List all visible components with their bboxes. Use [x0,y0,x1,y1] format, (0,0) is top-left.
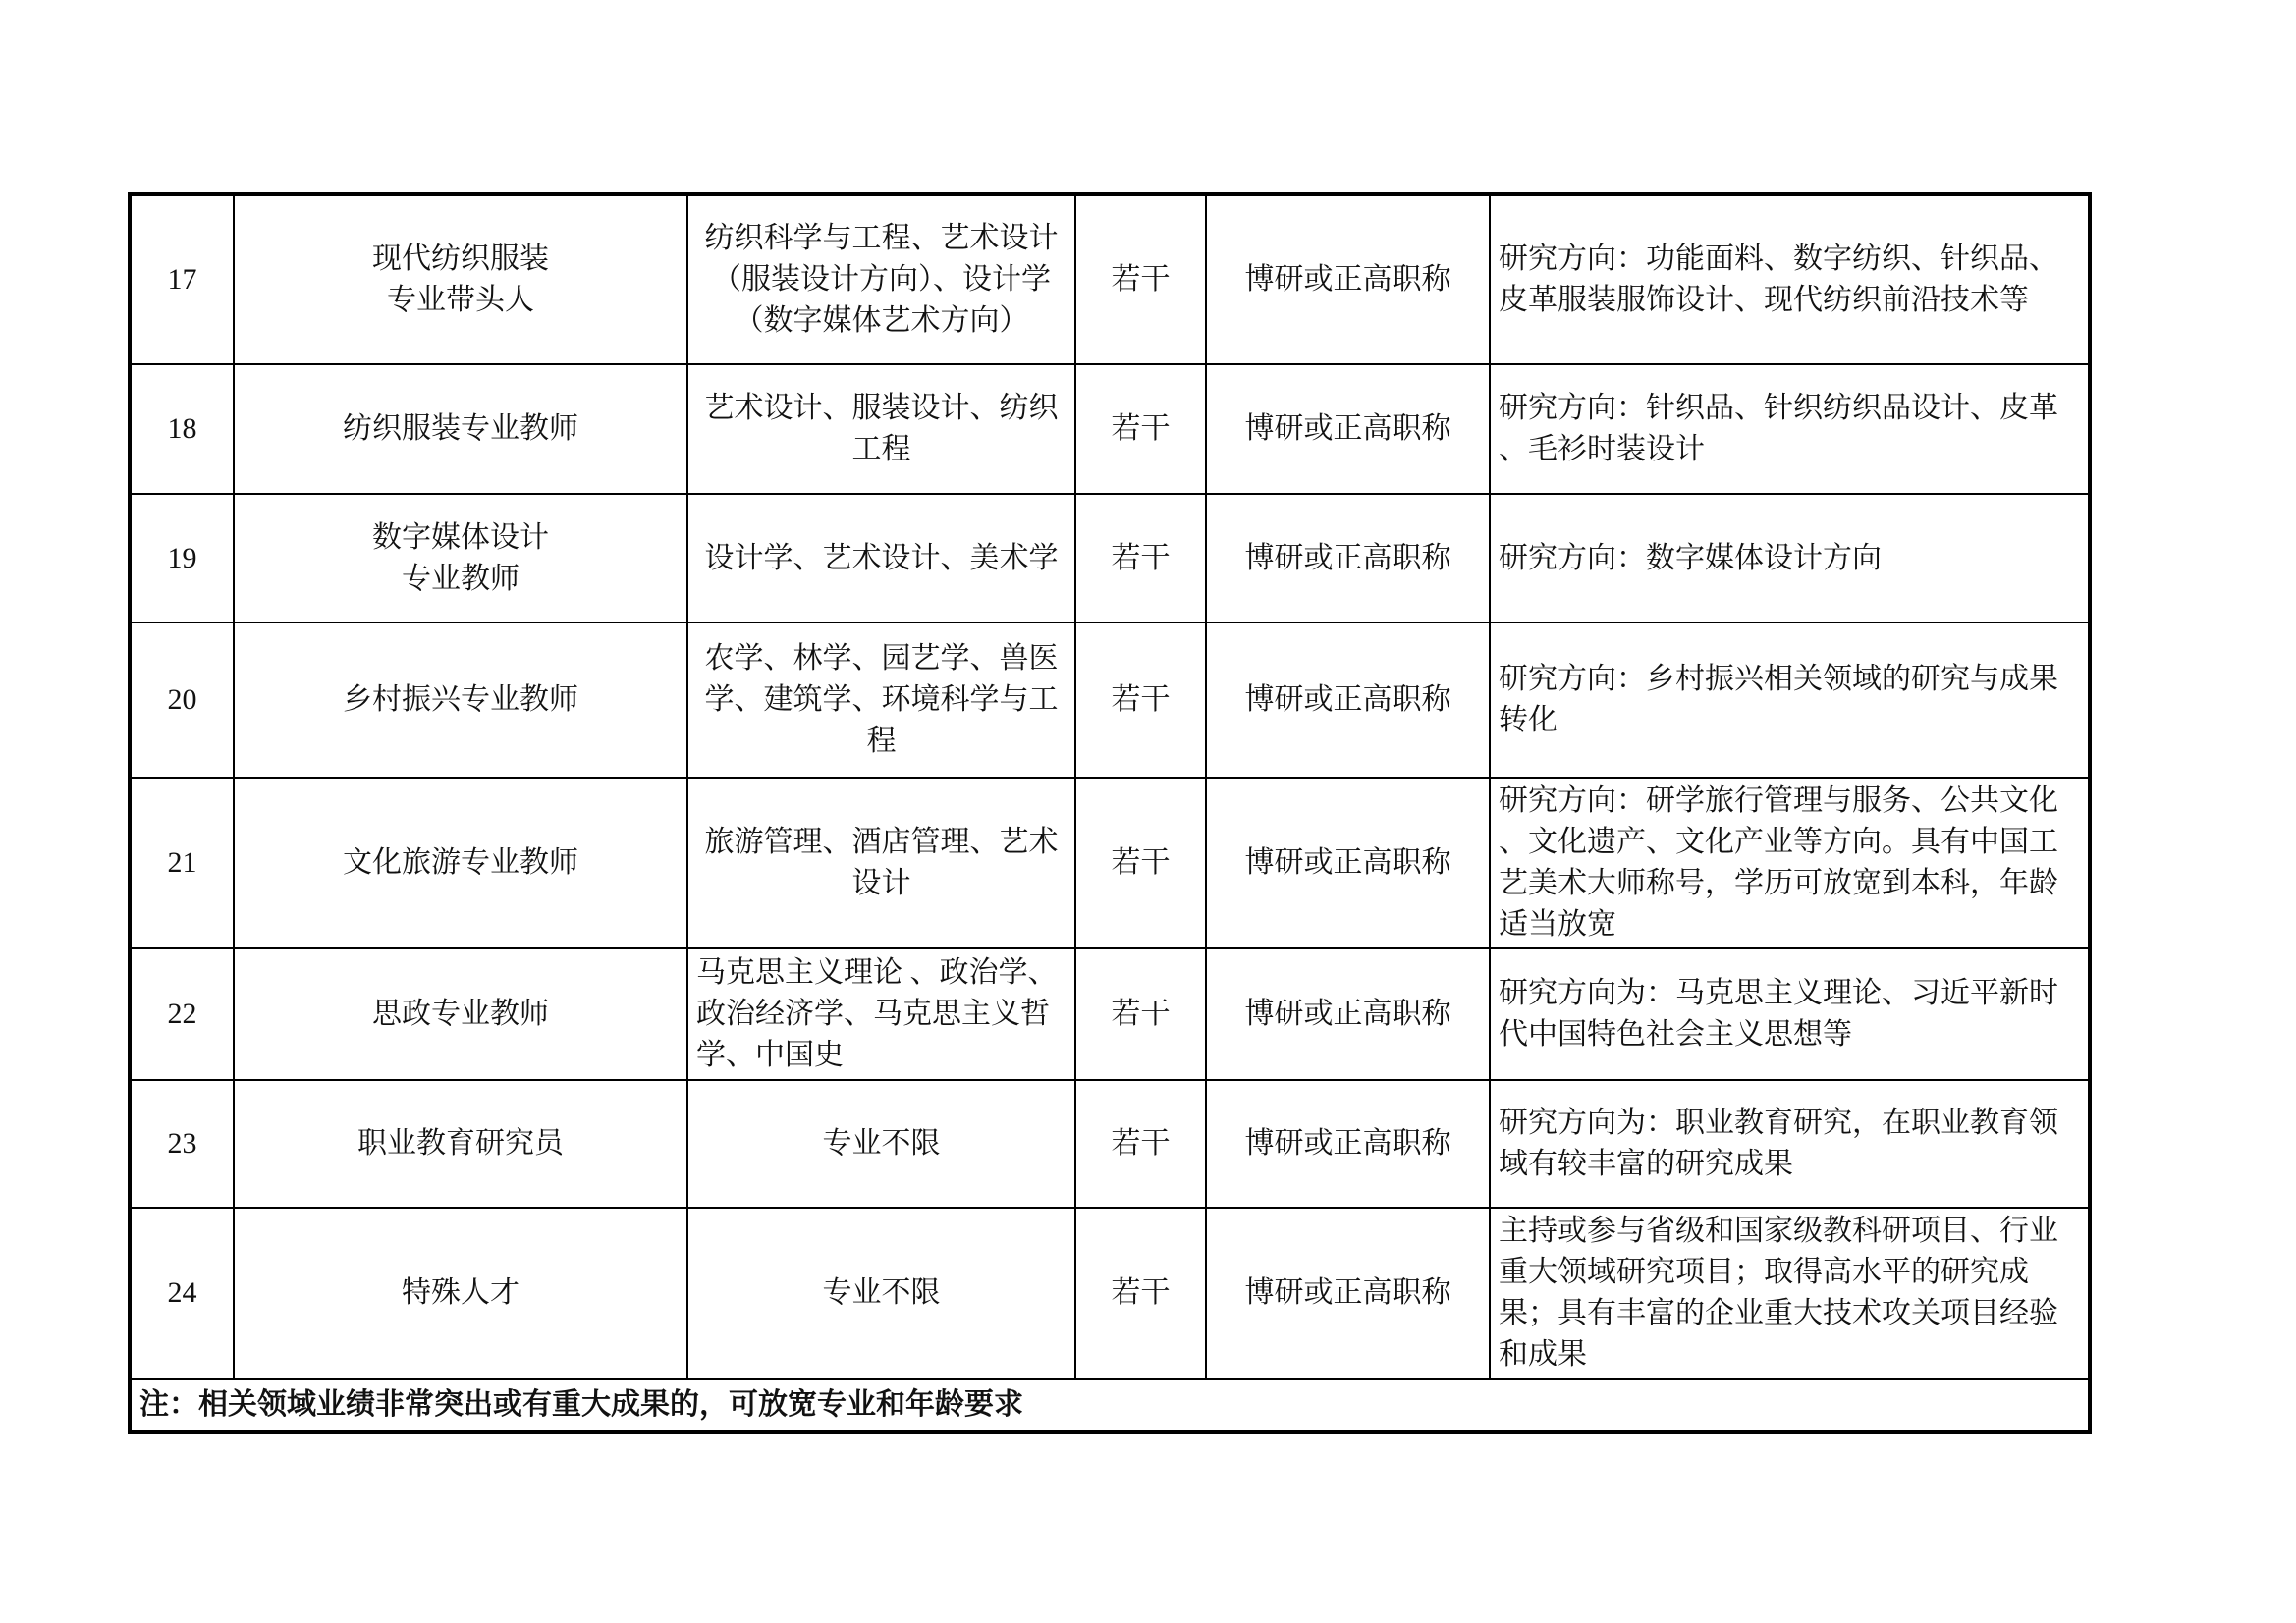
count-cell: 若干 [1075,364,1206,494]
qualification-cell: 博研或正高职称 [1206,194,1490,364]
qualification-cell: 博研或正高职称 [1206,364,1490,494]
position-cell: 纺织服装专业教师 [234,364,687,494]
qualification-cell: 博研或正高职称 [1206,1080,1490,1208]
count-cell: 若干 [1075,1080,1206,1208]
major-cell: 纺织科学与工程、艺术设计 （服装设计方向）、设计学 （数字媒体艺术方向） [687,194,1075,364]
remark-cell: 研究方向：针织品、针织纺织品设计、皮革 、毛衫时装设计 [1490,364,2090,494]
count-cell: 若干 [1075,948,1206,1080]
remark-cell: 研究方向：功能面料、数字纺织、针织品、 皮革服装服饰设计、现代纺织前沿技术等 [1490,194,2090,364]
note-row: 注：相关领域业绩非常突出或有重大成果的，可放宽专业和年龄要求 [130,1379,2090,1432]
qualification-cell: 博研或正高职称 [1206,494,1490,622]
count-cell: 若干 [1075,778,1206,948]
remark-cell: 研究方向：研学旅行管理与服务、公共文化 、文化遗产、文化产业等方向。具有中国工 … [1490,778,2090,948]
count-cell: 若干 [1075,622,1206,778]
major-cell: 艺术设计、服装设计、纺织 工程 [687,364,1075,494]
major-cell: 设计学、艺术设计、美术学 [687,494,1075,622]
major-cell: 旅游管理、酒店管理、艺术 设计 [687,778,1075,948]
document-page: 17 现代纺织服装 专业带头人 纺织科学与工程、艺术设计 （服装设计方向）、设计… [128,192,2092,1434]
row-number-cell: 24 [130,1208,234,1379]
row-number-cell: 21 [130,778,234,948]
table-row: 19 数字媒体设计 专业教师 设计学、艺术设计、美术学 若干 博研或正高职称 研… [130,494,2090,622]
major-cell: 马克思主义理论 、政治学、 政治经济学、马克思主义哲 学、中国史 [687,948,1075,1080]
major-cell: 专业不限 [687,1080,1075,1208]
count-cell: 若干 [1075,1208,1206,1379]
position-cell: 现代纺织服装 专业带头人 [234,194,687,364]
remark-cell: 研究方向：数字媒体设计方向 [1490,494,2090,622]
row-number-cell: 18 [130,364,234,494]
recruitment-table: 17 现代纺织服装 专业带头人 纺织科学与工程、艺术设计 （服装设计方向）、设计… [128,192,2092,1434]
row-number-cell: 23 [130,1080,234,1208]
qualification-cell: 博研或正高职称 [1206,1208,1490,1379]
count-cell: 若干 [1075,494,1206,622]
table-row: 17 现代纺织服装 专业带头人 纺织科学与工程、艺术设计 （服装设计方向）、设计… [130,194,2090,364]
table-row: 18 纺织服装专业教师 艺术设计、服装设计、纺织 工程 若干 博研或正高职称 研… [130,364,2090,494]
row-number-cell: 20 [130,622,234,778]
position-cell: 文化旅游专业教师 [234,778,687,948]
table-row: 22 思政专业教师 马克思主义理论 、政治学、 政治经济学、马克思主义哲 学、中… [130,948,2090,1080]
table-row: 21 文化旅游专业教师 旅游管理、酒店管理、艺术 设计 若干 博研或正高职称 研… [130,778,2090,948]
row-number-cell: 17 [130,194,234,364]
remark-cell: 主持或参与省级和国家级教科研项目、行业 重大领域研究项目；取得高水平的研究成 果… [1490,1208,2090,1379]
position-cell: 职业教育研究员 [234,1080,687,1208]
qualification-cell: 博研或正高职称 [1206,948,1490,1080]
qualification-cell: 博研或正高职称 [1206,778,1490,948]
remark-cell: 研究方向为：职业教育研究，在职业教育领 域有较丰富的研究成果 [1490,1080,2090,1208]
position-cell: 数字媒体设计 专业教师 [234,494,687,622]
position-cell: 特殊人才 [234,1208,687,1379]
table-row: 23 职业教育研究员 专业不限 若干 博研或正高职称 研究方向为：职业教育研究，… [130,1080,2090,1208]
row-number-cell: 22 [130,948,234,1080]
remark-cell: 研究方向为：马克思主义理论、习近平新时 代中国特色社会主义思想等 [1490,948,2090,1080]
remark-cell: 研究方向：乡村振兴相关领域的研究与成果 转化 [1490,622,2090,778]
position-cell: 乡村振兴专业教师 [234,622,687,778]
table-note: 注：相关领域业绩非常突出或有重大成果的，可放宽专业和年龄要求 [130,1379,2090,1432]
major-cell: 专业不限 [687,1208,1075,1379]
position-cell: 思政专业教师 [234,948,687,1080]
table-row: 20 乡村振兴专业教师 农学、林学、园艺学、兽医 学、建筑学、环境科学与工 程 … [130,622,2090,778]
row-number-cell: 19 [130,494,234,622]
table-row: 24 特殊人才 专业不限 若干 博研或正高职称 主持或参与省级和国家级教科研项目… [130,1208,2090,1379]
major-cell: 农学、林学、园艺学、兽医 学、建筑学、环境科学与工 程 [687,622,1075,778]
qualification-cell: 博研或正高职称 [1206,622,1490,778]
count-cell: 若干 [1075,194,1206,364]
